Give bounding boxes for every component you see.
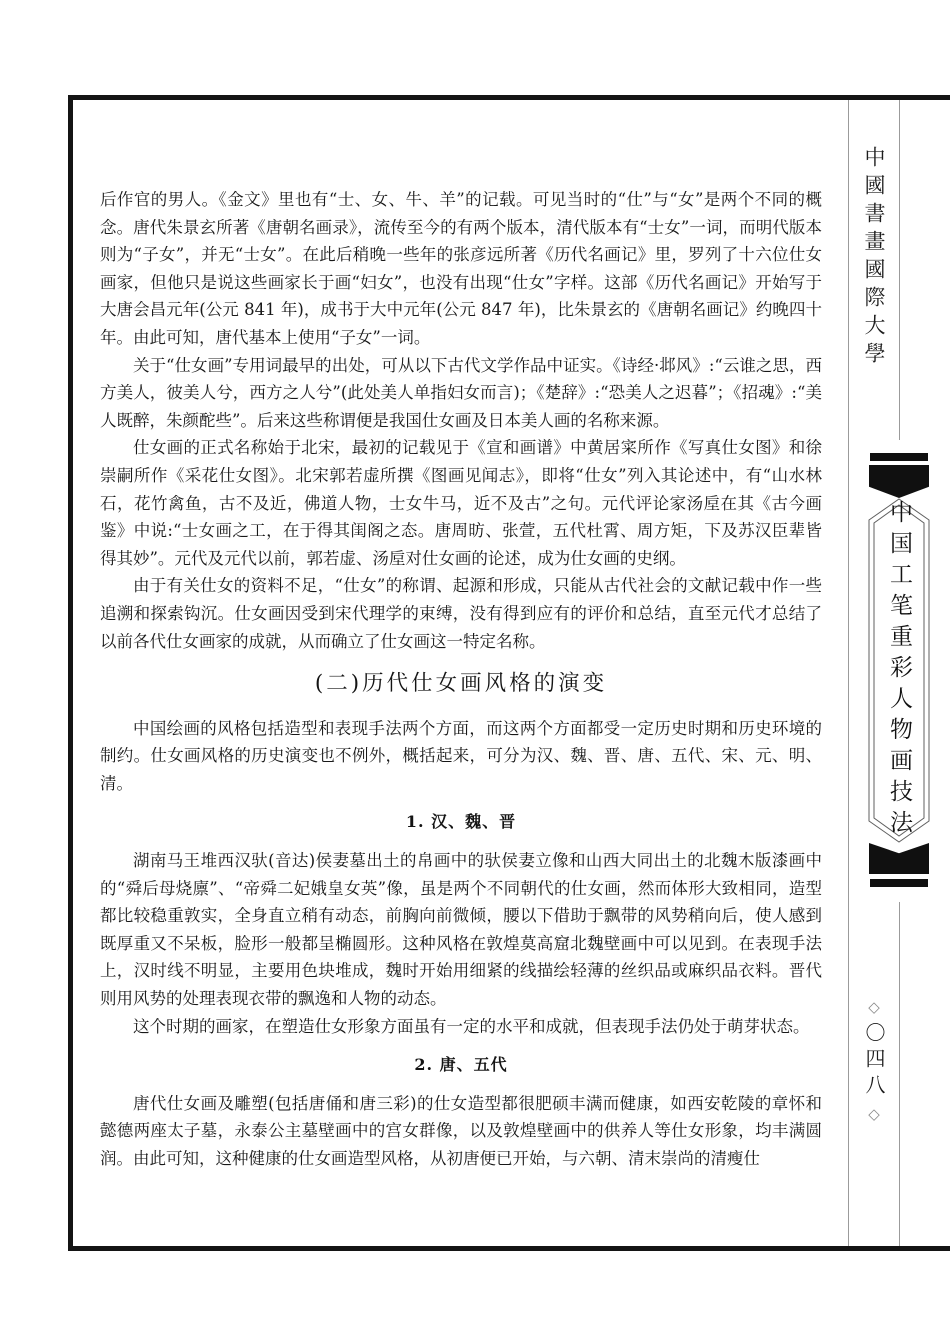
book-page: 中國書畫國際大學 中国工笔重彩人物画技法 ◇ 〇四八 ◇ 后作官的男人。《金文》… [0,0,950,1344]
page-frame-bottom [68,1246,950,1251]
banner-ribbon-bottom [869,843,929,874]
body-paragraph-5: 中国绘画的风格包括造型和表现手法两个方面，而这两个方面都受一定历史时期和历史环境… [100,715,822,798]
banner-ribbon-top [869,465,929,498]
sidebar-rule-right-lower [899,902,900,1246]
sidebar-rule-left [848,100,849,1246]
diamond-ornament-icon: ◇ [868,1000,880,1015]
banner-hexagon: 中国工笔重彩人物画技法 [867,498,931,843]
body-paragraph-1: 后作官的男人。《金文》里也有“士、女、牛、羊”的记载。可见当时的“仕”与“女”是… [100,186,822,352]
page-frame-top [68,95,950,100]
series-title-banner: 中国工笔重彩人物画技法 [867,453,931,887]
body-paragraph-2: 关于“仕女画”专用词最早的出处，可从以下古代文学作品中证实。《诗经·邶风》:“云… [100,352,822,435]
section-heading: (二)历代仕女画风格的演变 [100,670,822,698]
diamond-ornament-icon: ◇ [868,1107,880,1122]
page-number: 〇四八 [863,1022,885,1100]
collection-title-vertical: 中國書畫國際大學 [862,146,886,406]
folio: ◇ 〇四八 ◇ [860,1000,888,1122]
subsection-heading-1: 1. 汉、魏、晋 [100,808,822,836]
body-paragraph-4: 由于有关仕女的资料不足，“仕女”的称谓、起源和形成，只能从古代社会的文献记载中作… [100,572,822,655]
body-paragraph-7: 这个时期的画家，在塑造仕女形象方面虽有一定的水平和成就，但表现手法仍处于萌芽状态… [100,1013,822,1041]
banner-book-title: 中国工笔重彩人物画技法 [867,498,931,843]
body-paragraph-6: 湖南马王堆西汉驮(音达)侯妻墓出土的帛画中的驮侯妻立像和山西大同出土的北魏木版漆… [100,847,822,1013]
banner-bar-bottom [870,879,928,887]
body-paragraph-3: 仕女画的正式名称始于北宋，最初的记载见于《宣和画谱》中黄居寀所作《写真仕女图》和… [100,434,822,572]
page-frame-left [68,95,73,1251]
body-paragraph-8: 唐代仕女画及雕塑(包括唐俑和唐三彩)的仕女造型都很肥硕丰满而健康，如西安乾陵的章… [100,1090,822,1173]
page-body: 后作官的男人。《金文》里也有“士、女、牛、羊”的记载。可见当时的“仕”与“女”是… [100,186,822,1173]
subsection-heading-2: 2. 唐、五代 [100,1051,822,1079]
sidebar-rule-right-upper [899,100,900,440]
banner-bar-top [870,453,928,461]
